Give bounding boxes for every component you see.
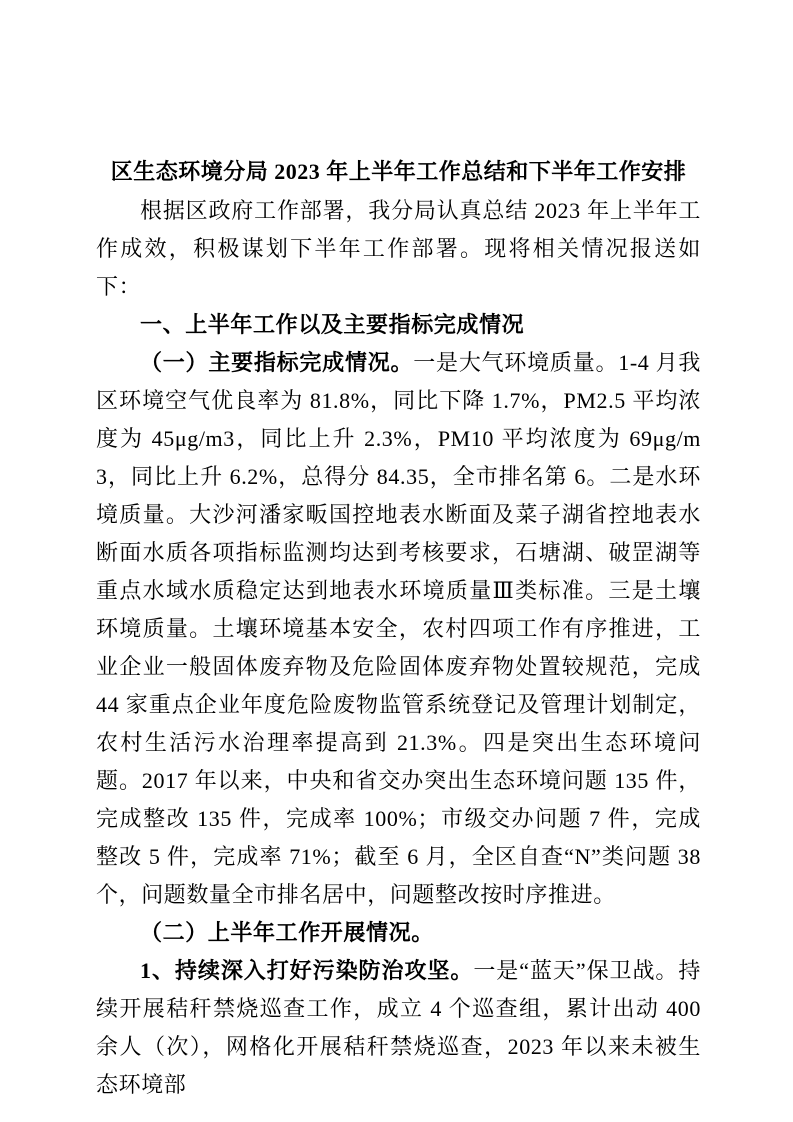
document-title: 区生态环境分局 2023 年上半年工作总结和下半年工作安排 [96, 152, 701, 192]
paragraph-text: 一是大气环境质量。1-4 月我区环境空气优良率为 81.8%，同比下降 1.7%… [96, 350, 701, 907]
section-heading-work-progress: （二）上半年工作开展情况。 [96, 914, 701, 952]
section-heading-first-half-work: 一、上半年工作以及主要指标完成情况 [96, 306, 701, 344]
paragraph-text: 根据区政府工作部署，我分局认真总结 2023 年上半年工作成效，积极谋划下半年工… [96, 198, 701, 299]
document-page: 区生态环境分局 2023 年上半年工作总结和下半年工作安排 根据区政府工作部署，… [0, 0, 793, 1122]
paragraph-key-indicators: （一）主要指标完成情况。一是大气环境质量。1-4 月我区环境空气优良率为 81.… [96, 344, 701, 914]
section-heading-label: （二）上半年工作开展情况。 [140, 920, 434, 945]
paragraph-lead: （一）主要指标完成情况。 [140, 350, 413, 375]
paragraph-pollution-control: 1、持续深入打好污染防治攻坚。一是“蓝天”保卫战。持续开展秸秆禁烧巡查工作，成立… [96, 952, 701, 1104]
paragraph-lead: 1、持续深入打好污染防治攻坚。 [140, 958, 473, 983]
section-heading-label: 一、上半年工作以及主要指标完成情况 [140, 312, 524, 337]
paragraph-intro: 根据区政府工作部署，我分局认真总结 2023 年上半年工作成效，积极谋划下半年工… [96, 192, 701, 306]
